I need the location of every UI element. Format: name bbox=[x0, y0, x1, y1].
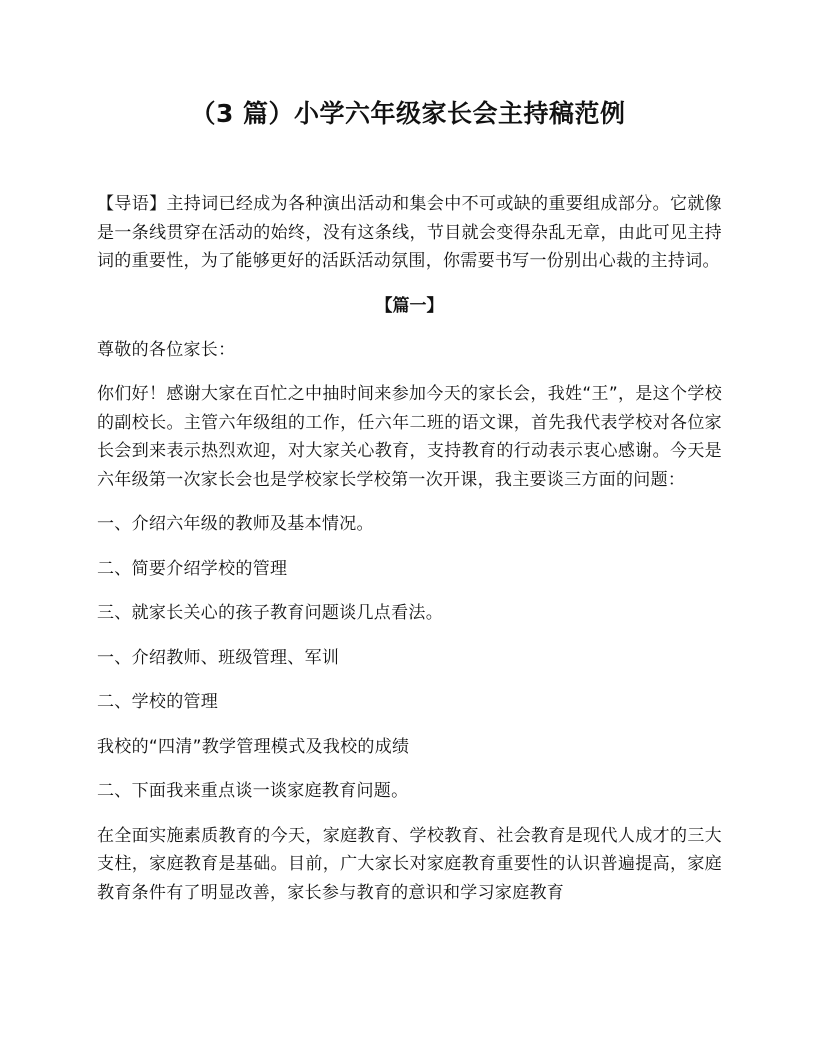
agenda-item-2: 二、简要介绍学校的管理 bbox=[97, 555, 722, 584]
intro-paragraph: 【导语】主持词已经成为各种演出活动和集会中不可或缺的重要组成部分。它就像是一条线… bbox=[97, 190, 722, 276]
section-heading: 【篇一】 bbox=[97, 292, 722, 320]
family-education-paragraph: 在全面实施素质教育的今天，家庭教育、学校教育、社会教育是现代人成才的三大支柱，家… bbox=[97, 822, 722, 908]
document-page: （3 篇）小学六年级家长会主持稿范例 【导语】主持词已经成为各种演出活动和集会中… bbox=[0, 0, 816, 1056]
management-model-paragraph: 我校的“四清”教学管理模式及我校的成绩 bbox=[97, 733, 722, 762]
salutation: 尊敬的各位家长： bbox=[97, 336, 722, 365]
section-teachers: 一、介绍教师、班级管理、军训 bbox=[97, 644, 722, 673]
opening-paragraph: 你们好！感谢大家在百忙之中抽时间来参加今天的家长会，我姓“王”，是这个学校的副校… bbox=[97, 380, 722, 494]
section-school-management: 二、学校的管理 bbox=[97, 688, 722, 717]
document-title: （3 篇）小学六年级家长会主持稿范例 bbox=[0, 96, 816, 132]
section-family-education: 二、下面我来重点谈一谈家庭教育问题。 bbox=[97, 777, 722, 806]
agenda-item-1: 一、介绍六年级的教师及基本情况。 bbox=[97, 510, 722, 539]
document-body: 【导语】主持词已经成为各种演出活动和集会中不可或缺的重要组成部分。它就像是一条线… bbox=[97, 190, 722, 923]
agenda-item-3: 三、就家长关心的孩子教育问题谈几点看法。 bbox=[97, 599, 722, 628]
